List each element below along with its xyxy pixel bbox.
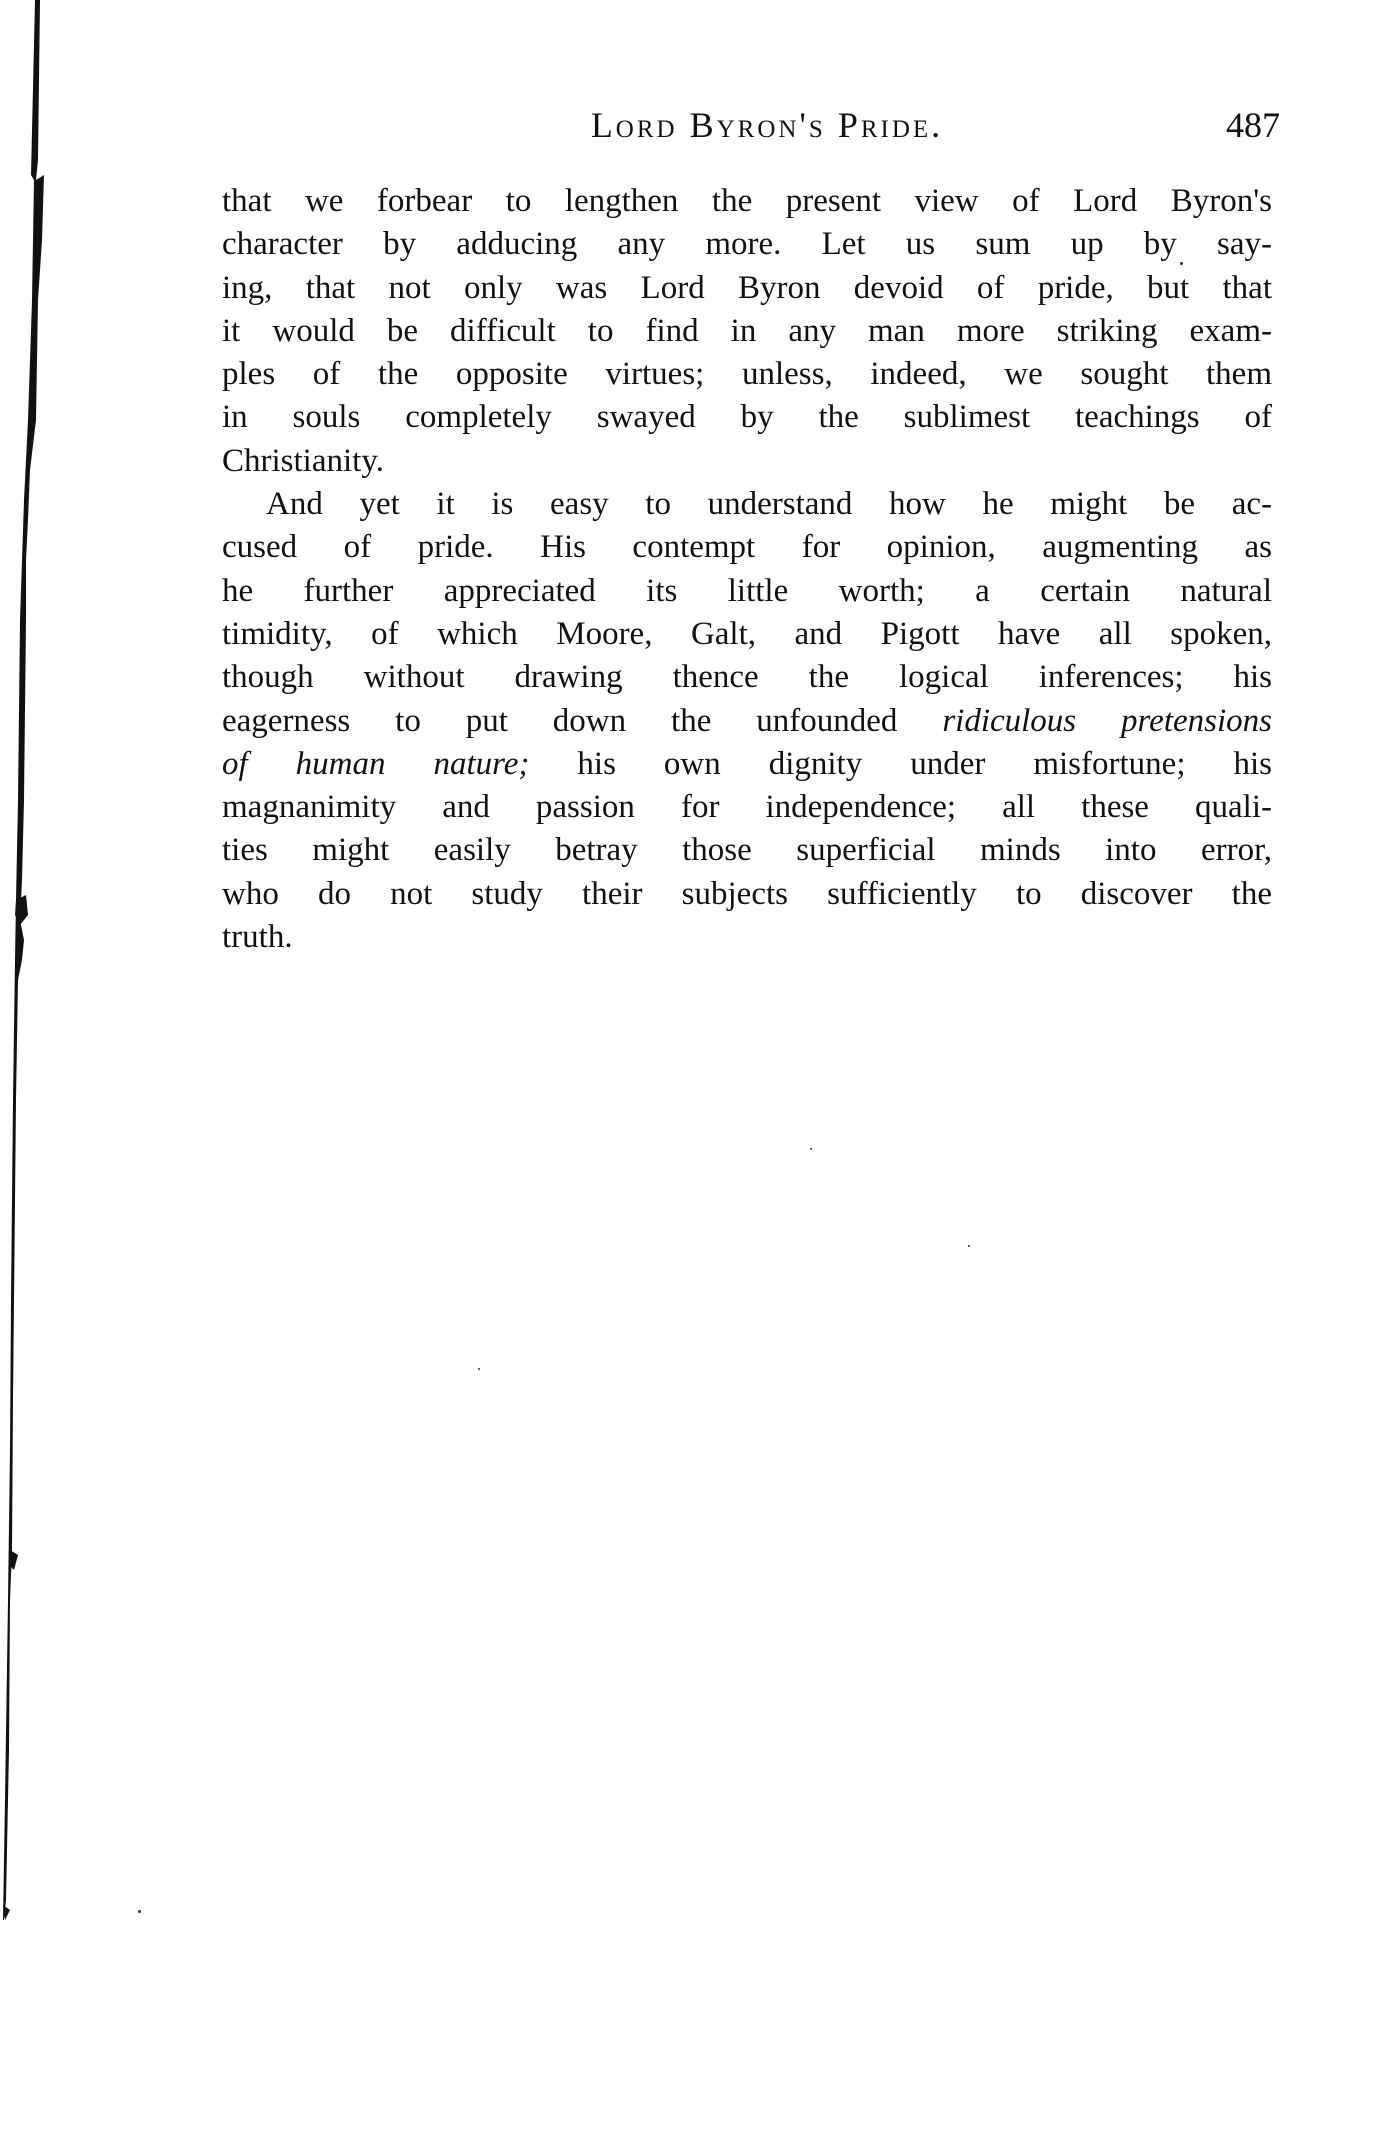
binding-edge-shadow <box>0 0 60 2147</box>
scan-speck <box>810 1148 812 1150</box>
text-line: that we forbear to lengthen the present … <box>222 180 1272 223</box>
scan-speck <box>968 1245 970 1247</box>
italic-emphasis: of human nature; <box>222 746 529 782</box>
scan-speck <box>478 1368 480 1370</box>
scan-speck <box>138 1910 141 1913</box>
text-line: ples of the opposite virtues; unless, in… <box>222 353 1272 396</box>
text-line: character by adducing any more. Let us s… <box>222 223 1272 266</box>
running-title: Lord Byron's Pride. <box>222 100 1272 150</box>
text-line: And yet it is easy to understand how he … <box>222 483 1272 526</box>
text-line: in souls completely swayed by the sublim… <box>222 396 1272 439</box>
text-run: eagerness to put down the unfounded <box>222 703 942 739</box>
italic-emphasis: ridiculous pretensions <box>942 703 1272 739</box>
page-number: 487 <box>1226 100 1280 150</box>
text-line: though without drawing thence the logica… <box>222 656 1272 699</box>
paragraph-2: And yet it is easy to understand how he … <box>222 483 1272 959</box>
text-line: timidity, of which Moore, Galt, and Pigo… <box>222 613 1272 656</box>
text-line: eagerness to put down the unfounded ridi… <box>222 700 1272 743</box>
text-line: who do not study their subjects sufficie… <box>222 873 1272 916</box>
text-line: cused of pride. His contempt for opinion… <box>222 526 1272 569</box>
body-text: that we forbear to lengthen the present … <box>222 180 1272 959</box>
paragraph-1: that we forbear to lengthen the present … <box>222 180 1272 483</box>
text-line: it would be difficult to find in any man… <box>222 310 1272 353</box>
text-line: Christianity. <box>222 440 1272 483</box>
text-line: magnanimity and passion for independence… <box>222 786 1272 829</box>
text-line: ing, that not only was Lord Byron devoid… <box>222 267 1272 310</box>
text-line: he further appreciated its little worth;… <box>222 570 1272 613</box>
text-line: ties might easily betray those superfici… <box>222 829 1272 872</box>
text-line: of human nature; his own dignity under m… <box>222 743 1272 786</box>
text-run: his own dignity under misfortune; his <box>529 746 1272 782</box>
text-line: truth. <box>222 916 1272 959</box>
running-head: Lord Byron's Pride. 487 <box>222 100 1272 150</box>
